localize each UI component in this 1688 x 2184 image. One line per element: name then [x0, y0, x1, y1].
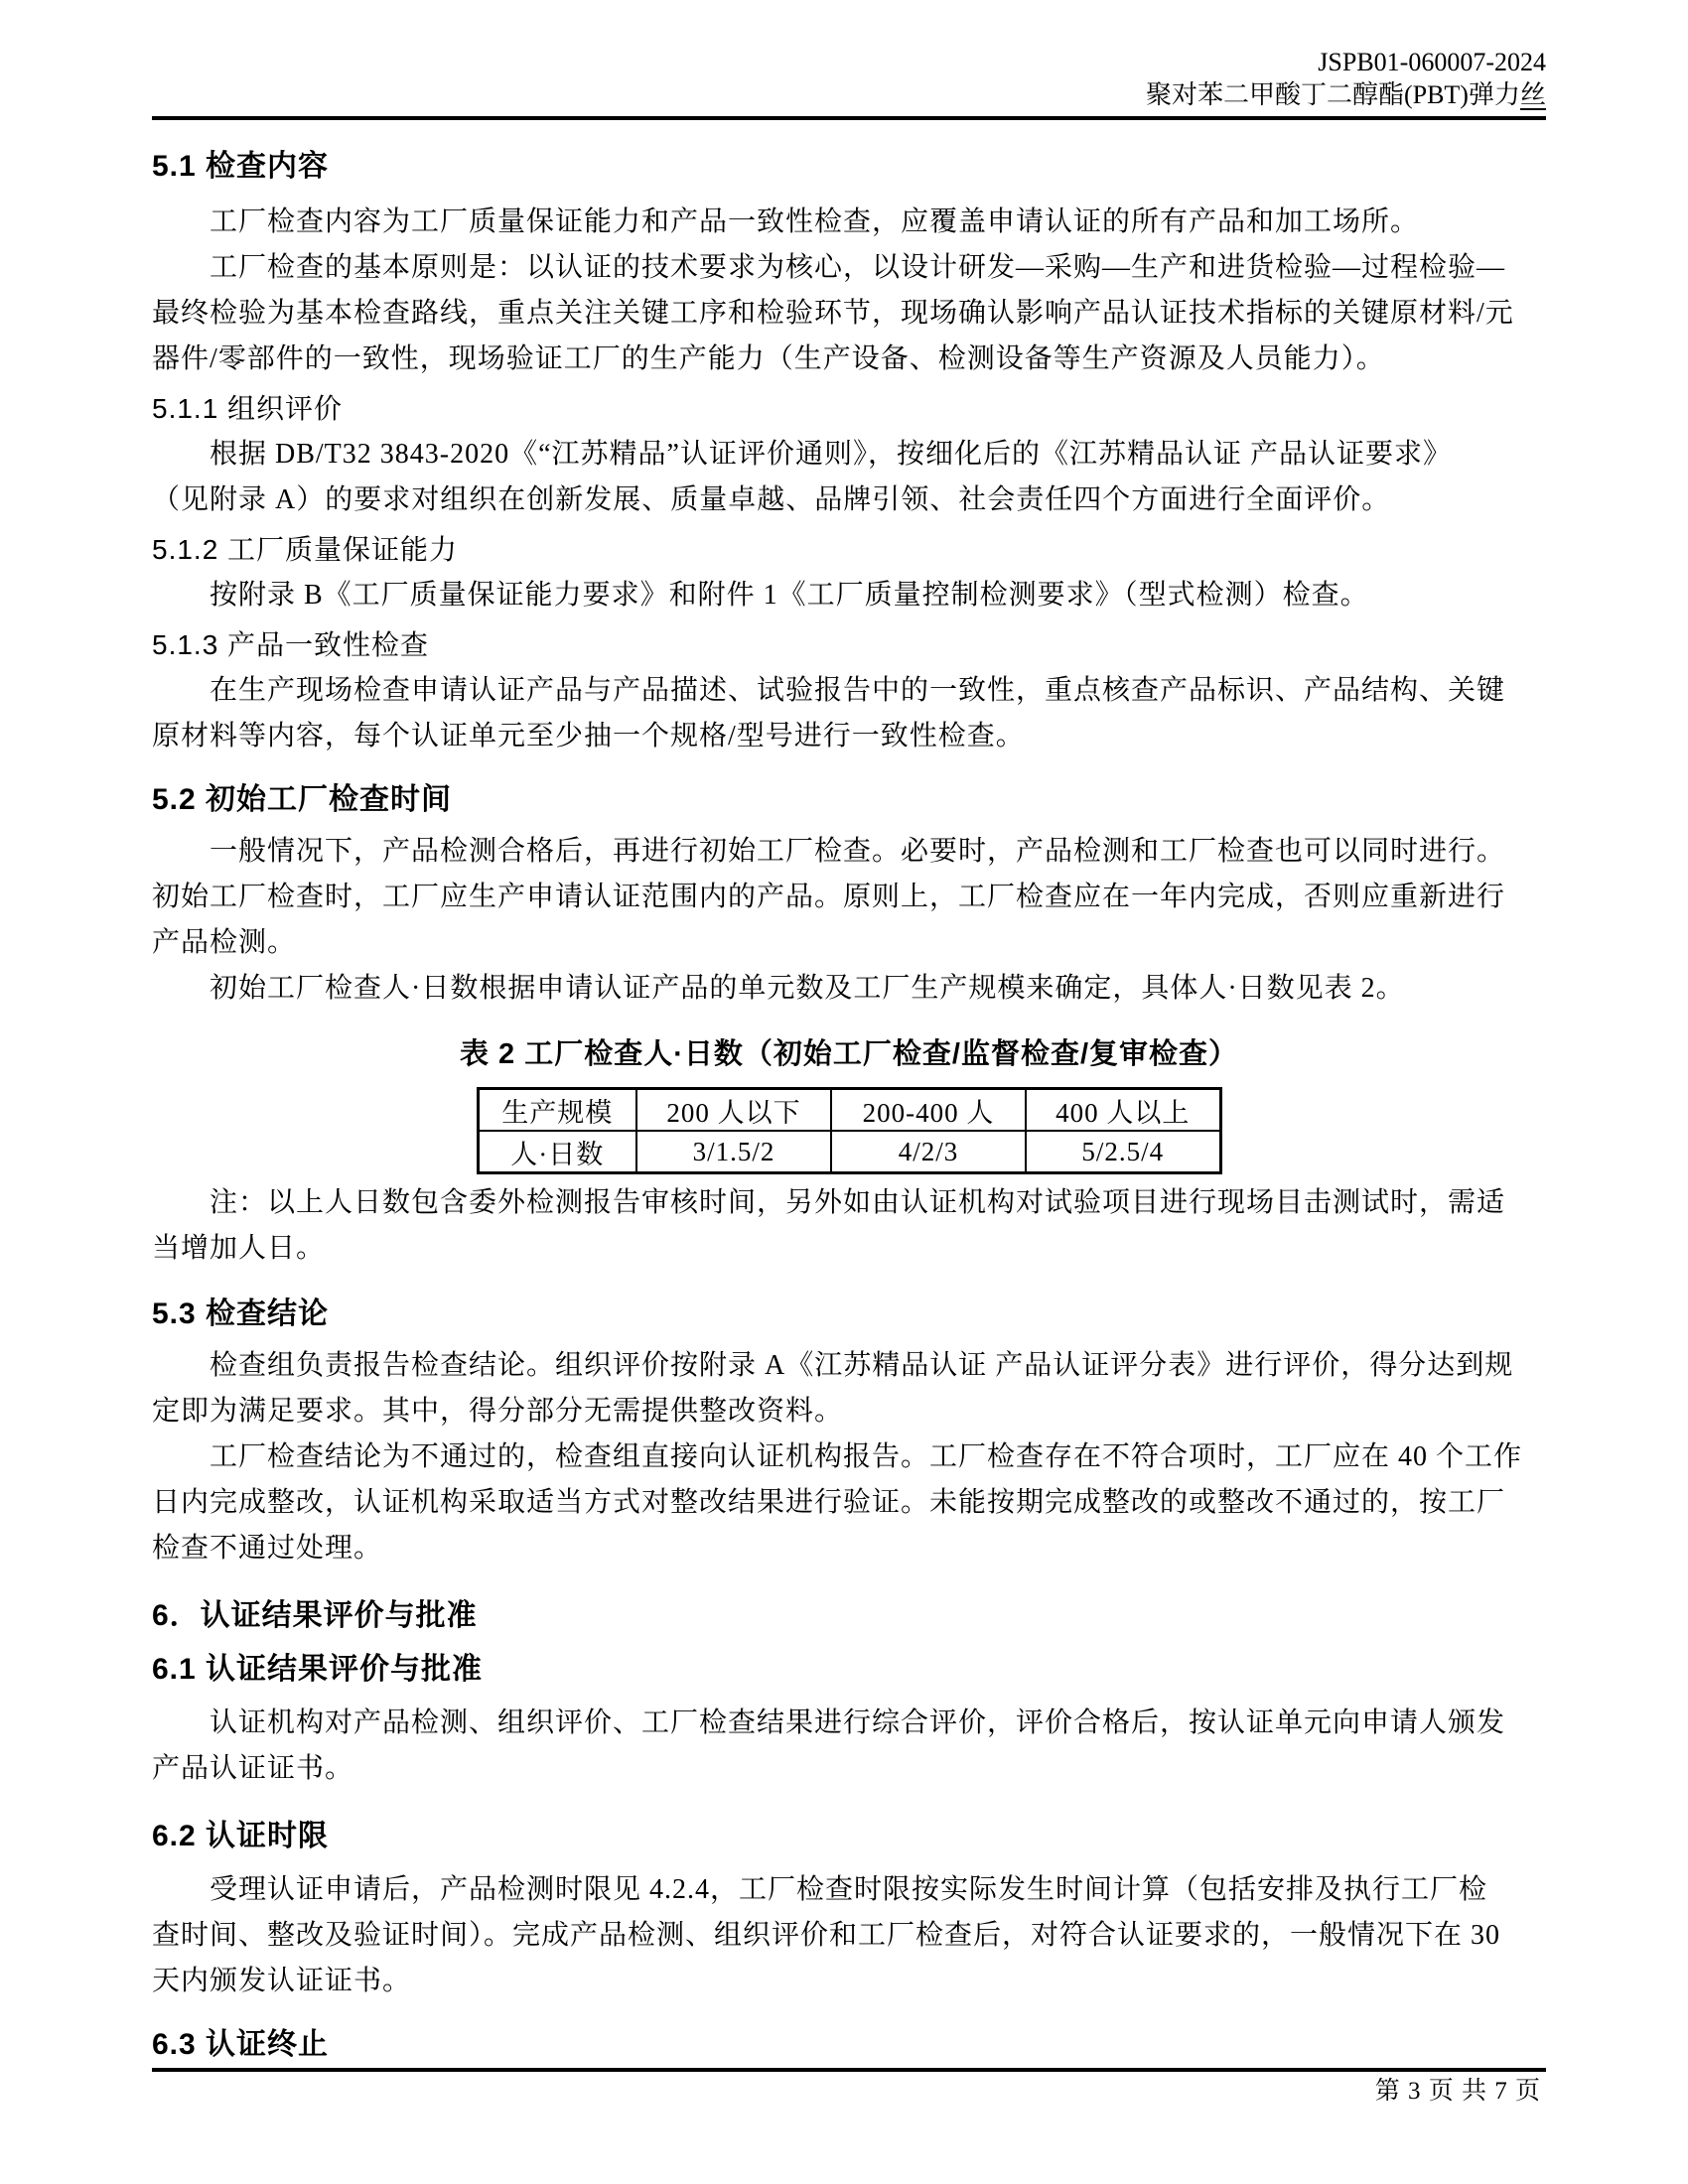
doc-product-name: 聚对苯二甲酸丁二醇酯(PBT)弹力丝 [152, 78, 1546, 111]
table-cell-scale-label: 生产规模 [478, 1089, 636, 1132]
table-2-note: 注：以上人日数包含委外检测报告审核时间，另外如由认证机构对试验项目进行现场目击测… [152, 1180, 1546, 1272]
paragraph-6-1: 认证机构对产品检测、组织评价、工厂检查结果进行综合评价，评价合格后，按认证单元向… [152, 1701, 1546, 1792]
table-cell-mandays-3: 5/2.5/4 [1026, 1131, 1220, 1173]
document-page: JSPB01-060007-2024 聚对苯二甲酸丁二醇酯(PBT)弹力丝 5.… [0, 0, 1688, 2184]
table-cell-200-400: 200-400 人 [831, 1089, 1026, 1132]
paragraph-5-3-conclusion: 检查组负责报告检查结论。组织评价按附录 A《江苏精品认证 产品认证评分表》进行评… [152, 1343, 1546, 1434]
heading-6-1: 6.1 认证结果评价与批准 [152, 1651, 1546, 1689]
table-row-header: 生产规模 200 人以下 200-400 人 400 人以上 [478, 1089, 1220, 1132]
heading-5-1: 5.1 检查内容 [152, 148, 1546, 186]
heading-5-2: 5.2 初始工厂检查时间 [152, 781, 1546, 819]
page-number: 第 3 页 共 7 页 [1375, 2077, 1541, 2107]
doc-number: JSPB01-060007-2024 [152, 46, 1546, 78]
paragraph-5-3-fail-handling: 工厂检查结论为不通过的，检查组直接向认证机构报告。工厂检查存在不符合项时，工厂应… [152, 1434, 1546, 1571]
table-cell-over-400: 400 人以上 [1026, 1089, 1220, 1132]
product-name-text: 聚对苯二甲酸丁二醇酯(PBT)弹力 [1146, 80, 1520, 109]
table-2-title: 表 2 工厂检查人·日数（初始工厂检查/监督检查/复审检查） [152, 1035, 1546, 1073]
paragraph-5-1-3: 在生产现场检查申请认证产品与产品描述、试验报告中的一致性，重点核查产品标识、产品… [152, 668, 1546, 759]
product-name-underlined-char: 丝 [1520, 80, 1546, 109]
paragraph-5-2-timing: 一般情况下，产品检测合格后，再进行初始工厂检查。必要时，产品检测和工厂检查也可以… [152, 829, 1546, 966]
document-header: JSPB01-060007-2024 聚对苯二甲酸丁二醇酯(PBT)弹力丝 [152, 46, 1546, 120]
table-cell-mandays-label: 人·日数 [478, 1131, 636, 1173]
paragraph-5-2-mandays: 初始工厂检查人·日数根据申请认证产品的单元数及工厂生产规模来确定，具体人·日数见… [152, 966, 1546, 1012]
heading-5-1-2: 5.1.2 工厂质量保证能力 [152, 527, 1546, 573]
paragraph-5-1-2: 按附录 B《工厂质量保证能力要求》和附件 1《工厂质量控制检测要求》（型式检测）… [152, 573, 1546, 618]
heading-5-3: 5.3 检查结论 [152, 1296, 1546, 1333]
heading-6: 6．认证结果评价与批准 [152, 1597, 1546, 1635]
table-cell-mandays-2: 4/2/3 [831, 1131, 1026, 1173]
heading-6-2: 6.2 认证时限 [152, 1818, 1546, 1855]
heading-5-1-1: 5.1.1 组织评价 [152, 386, 1546, 432]
heading-5-1-3: 5.1.3 产品一致性检查 [152, 622, 1546, 668]
paragraph-5-1-intro: 工厂检查内容为工厂质量保证能力和产品一致性检查，应覆盖申请认证的所有产品和加工场… [152, 200, 1546, 245]
paragraph-5-1-1: 根据 DB/T32 3843-2020《“江苏精品”认证评价通则》，按细化后的《… [152, 432, 1546, 523]
footer-divider [152, 2068, 1546, 2072]
paragraph-6-2: 受理认证申请后，产品检测时限见 4.2.4，工厂检查时限按实际发生时间计算（包括… [152, 1867, 1546, 2004]
table-row-mandays: 人·日数 3/1.5/2 4/2/3 5/2.5/4 [478, 1131, 1220, 1173]
table-cell-mandays-1: 3/1.5/2 [636, 1131, 831, 1173]
table-2-factory-inspection-mandays: 生产规模 200 人以下 200-400 人 400 人以上 人·日数 3/1.… [477, 1087, 1222, 1174]
paragraph-5-1-principles: 工厂检查的基本原则是：以认证的技术要求为核心，以设计研发—采购—生产和进货检验—… [152, 245, 1546, 382]
table-cell-under-200: 200 人以下 [636, 1089, 831, 1132]
heading-6-3: 6.3 认证终止 [152, 2026, 1546, 2064]
